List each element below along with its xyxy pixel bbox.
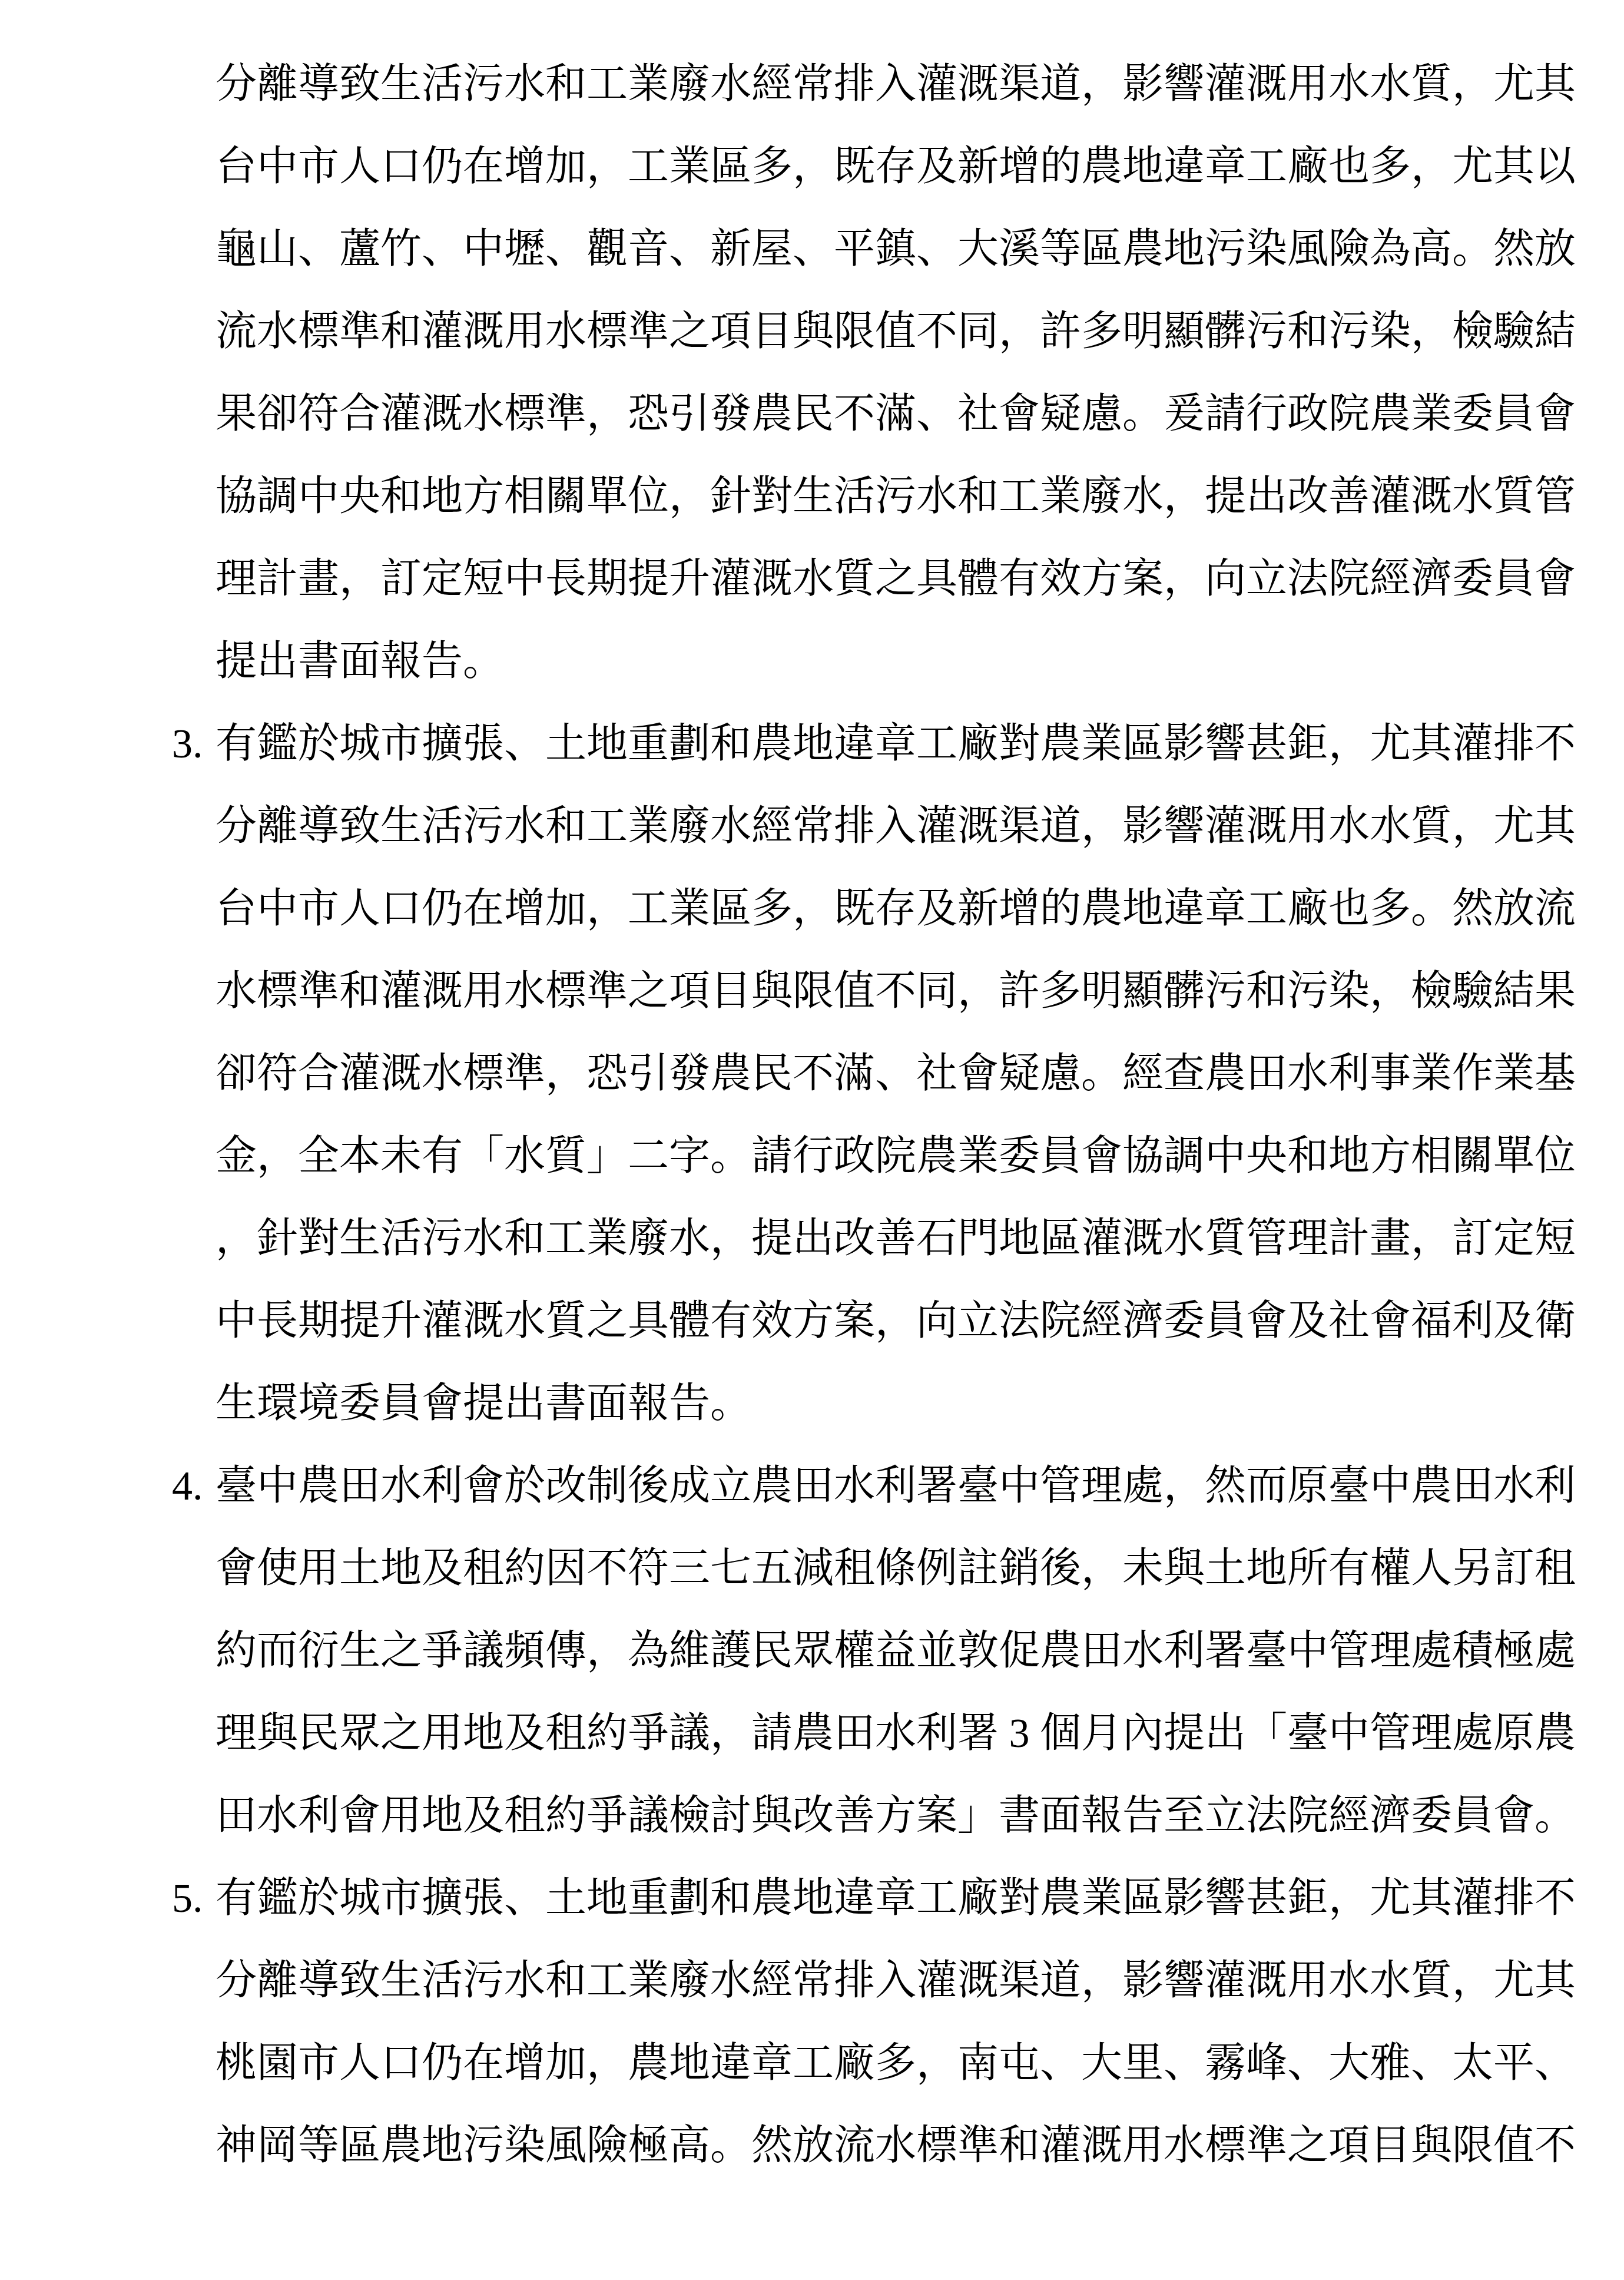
text-line: 神岡等區農地污染風險極高。然放流水標準和灌溉用水標準之項目與限值不 (216, 2105, 1593, 2188)
text-line: 中長期提升灌溉水質之具體有效方案，向立法院經濟委員會及社會福利及衛 (216, 1280, 1593, 1363)
text-line: 3.有鑑於城市擴張、土地重劃和農地違章工廠對農業區影響甚鉅，尤其灌排不 (216, 703, 1593, 786)
text-line: 龜山、蘆竹、中壢、觀音、新屋、平鎮、大溪等區農地污染風險為高。然放 (216, 209, 1593, 291)
list-item-number: 3. (172, 703, 214, 786)
text-line: 會使用土地及租約因不符三七五減租條例註銷後，未與土地所有權人另訂租 (216, 1528, 1593, 1610)
text-line: 桃園市人口仍在增加，農地違章工廠多，南屯、大里、霧峰、大雅、太平、 (216, 2023, 1593, 2105)
text-line: 4.臺中農田水利會於改制後成立農田水利署臺中管理處，然而原臺中農田水利 (216, 1445, 1593, 1528)
text-line: 協調中央和地方相關單位，針對生活污水和工業廢水，提出改善灌溉水質管 (216, 456, 1593, 538)
text-line: 田水利會用地及租約爭議檢討與改善方案」書面報告至立法院經濟委員會。 (216, 1775, 1593, 1858)
text-line: 約而衍生之爭議頻傳，為維護民眾權益並敦促農田水利署臺中管理處積極處 (216, 1610, 1593, 1693)
list-item-text: 有鑑於城市擴張、土地重劃和農地違章工廠對農業區影響甚鉅，尤其灌排不 (216, 722, 1576, 767)
list-item-number: 5. (172, 1858, 214, 1940)
text-line: 生環境委員會提出書面報告。 (216, 1363, 1593, 1445)
text-line: 果卻符合灌溉水標準，恐引發農民不滿、社會疑慮。爰請行政院農業委員會 (216, 373, 1593, 456)
text-line: 台中市人口仍在增加，工業區多，既存及新增的農地違章工廠也多。然放流 (216, 868, 1593, 951)
text-line: ，針對生活污水和工業廢水，提出改善石門地區灌溉水質管理計畫，訂定短 (216, 1198, 1593, 1280)
document-page: 分離導致生活污水和工業廢水經常排入灌溉渠道，影響灌溉用水水質，尤其 台中市人口仍… (0, 0, 1624, 2280)
text-line: 提出書面報告。 (216, 621, 1593, 703)
text-line: 水標準和灌溉用水標準之項目與限值不同，許多明顯髒污和污染，檢驗結果 (216, 951, 1593, 1033)
text-line: 分離導致生活污水和工業廢水經常排入灌溉渠道，影響灌溉用水水質，尤其 (216, 786, 1593, 868)
text-line: 理計畫，訂定短中長期提升灌溉水質之具體有效方案，向立法院經濟委員會 (216, 538, 1593, 621)
text-line: 卻符合灌溉水標準，恐引發農民不滿、社會疑慮。經查農田水利事業作業基 (216, 1033, 1593, 1116)
text-line: 分離導致生活污水和工業廢水經常排入灌溉渠道，影響灌溉用水水質，尤其 (216, 1940, 1593, 2023)
text-line: 5.有鑑於城市擴張、土地重劃和農地違章工廠對農業區影響甚鉅，尤其灌排不 (216, 1858, 1593, 1940)
text-line: 理與民眾之用地及租約爭議，請農田水利署 3 個月內提出「臺中管理處原農 (216, 1693, 1593, 1775)
text-line: 分離導致生活污水和工業廢水經常排入灌溉渠道，影響灌溉用水水質，尤其 (216, 44, 1593, 126)
document-text-block: 分離導致生活污水和工業廢水經常排入灌溉渠道，影響灌溉用水水質，尤其 台中市人口仍… (216, 44, 1593, 2188)
text-line: 流水標準和灌溉用水標準之項目與限值不同，許多明顯髒污和污染，檢驗結 (216, 291, 1593, 373)
list-item-text: 有鑑於城市擴張、土地重劃和農地違章工廠對農業區影響甚鉅，尤其灌排不 (216, 1876, 1576, 1921)
list-item-number: 4. (172, 1445, 214, 1528)
list-item-text: 臺中農田水利會於改制後成立農田水利署臺中管理處，然而原臺中農田水利 (216, 1464, 1576, 1509)
text-line: 台中市人口仍在增加，工業區多，既存及新增的農地違章工廠也多，尤其以 (216, 126, 1593, 209)
text-line: 金，全本未有「水質」二字。請行政院農業委員會協調中央和地方相關單位 (216, 1116, 1593, 1198)
